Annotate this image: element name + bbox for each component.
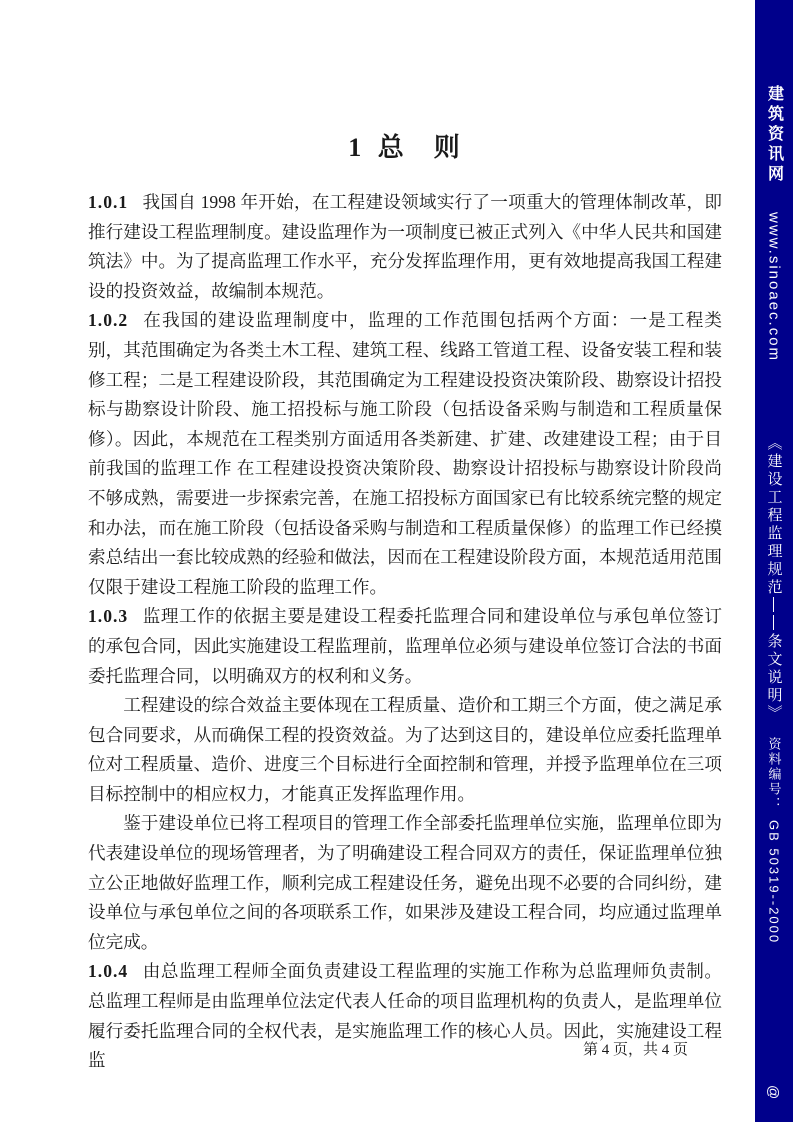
- doc-number-label: 资料编号：: [767, 737, 782, 812]
- document-content: 1 总 则 1.0.1我国自 1998 年开始，在工程建设领域实行了一项重大的管…: [88, 130, 722, 1076]
- sidebar-doc-title: 《建设工程监理规范——条文说明》: [764, 435, 785, 723]
- section-number: 1.0.3: [88, 606, 142, 626]
- document-page: 1 总 则 1.0.1我国自 1998 年开始，在工程建设领域实行了一项重大的管…: [0, 0, 793, 1122]
- doc-number-value: GB 50319--2000: [767, 820, 782, 944]
- section-number: 1.0.2: [88, 310, 142, 330]
- sidebar-at-symbol: @: [766, 1085, 782, 1099]
- sidebar: 建筑资讯网 www.sinoaec.com 《建设工程监理规范——条文说明》 资…: [755, 0, 793, 1122]
- paragraph-text: 监理工作的依据主要是建设工程委托监理合同和建设单位与承包单位签订的承包合同，因此…: [88, 606, 722, 685]
- paragraph-benefits: 工程建设的综合效益主要体现在工程质量、造价和工期三个方面，使之满足承包合同要求，…: [88, 691, 722, 809]
- paragraph-delegation: 鉴于建设单位已将工程项目的管理工作全部委托监理单位实施，监理单位即为代表建设单位…: [88, 809, 722, 957]
- paragraph-1-0-1: 1.0.1我国自 1998 年开始，在工程建设领域实行了一项重大的管理体制改革，…: [88, 188, 722, 306]
- paragraph-text: 我国自 1998 年开始，在工程建设领域实行了一项重大的管理体制改革，即推行建设…: [88, 192, 722, 301]
- section-number: 1.0.4: [88, 961, 142, 981]
- paragraph-text: 鉴于建设单位已将工程项目的管理工作全部委托监理单位实施，监理单位即为代表建设单位…: [88, 813, 722, 951]
- paragraph-text: 工程建设的综合效益主要体现在工程质量、造价和工期三个方面，使之满足承包合同要求，…: [88, 695, 722, 804]
- section-number: 1.0.1: [88, 192, 142, 212]
- sidebar-site-url: www.sinoaec.com: [766, 212, 783, 362]
- paragraph-1-0-2: 1.0.2在我国的建设监理制度中，监理的工作范围包括两个方面：一是工程类别，其范…: [88, 306, 722, 602]
- page-number-footer: 第 4 页，共 4 页: [88, 1038, 688, 1059]
- page-title: 1 总 则: [88, 130, 722, 166]
- paragraph-1-0-3: 1.0.3监理工作的依据主要是建设工程委托监理合同和建设单位与承包单位签订的承包…: [88, 602, 722, 691]
- paragraph-text: 在我国的建设监理制度中，监理的工作范围包括两个方面：一是工程类别，其范围确定为各…: [88, 310, 722, 596]
- sidebar-doc-number: 资料编号：GB 50319--2000: [765, 737, 784, 944]
- sidebar-site-name: 建筑资讯网: [763, 85, 786, 185]
